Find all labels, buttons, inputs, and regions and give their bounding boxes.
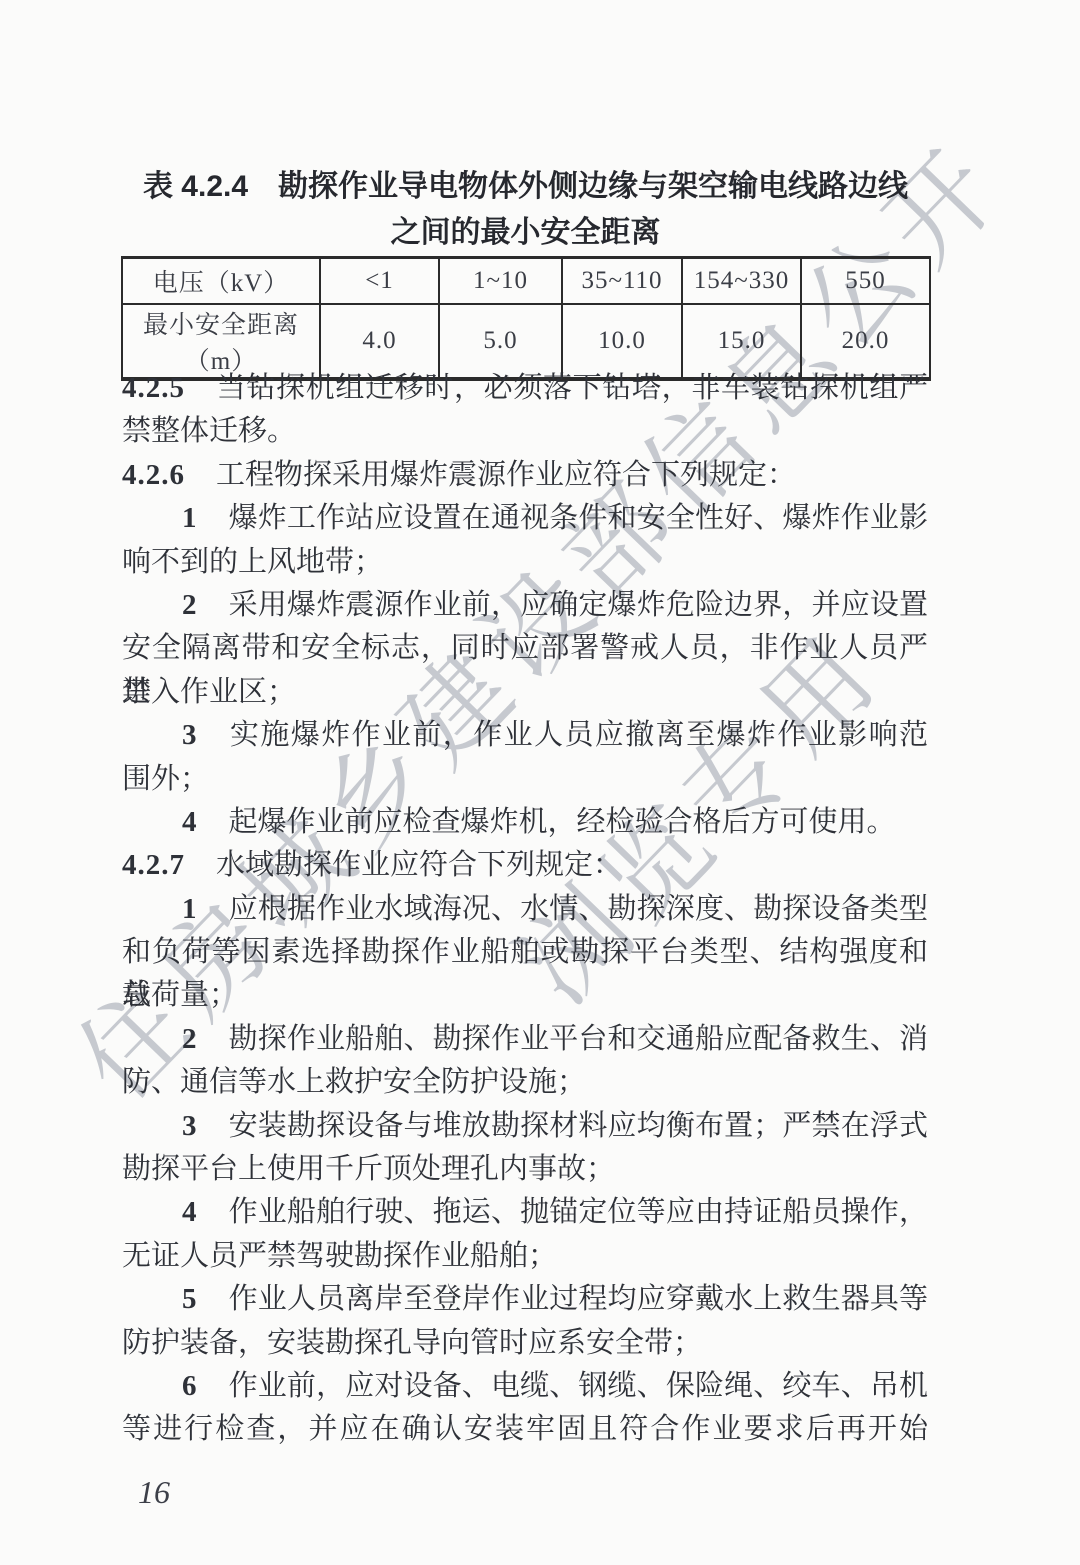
- table-caption-line1: 表 4.2.4 勘探作业导电物体外侧边缘与架空输电线路边线: [122, 164, 929, 210]
- clause-number: 3: [182, 719, 198, 751]
- line-text: 防、通信等水上救护安全防护设施；: [122, 1066, 586, 1098]
- clause-number: 4: [182, 806, 198, 838]
- body-text: 4.2.5当钻探机组迁移时，必须落下钻塔，非车装钻探机组严禁整体迁移。4.2.6…: [122, 367, 928, 1452]
- line-text: 进入作业区；: [122, 676, 296, 708]
- text-line: 防护装备，安装勘探孔导向管时应系安全带；: [122, 1322, 928, 1365]
- clause-number: 3: [182, 1110, 198, 1142]
- page-number: 16: [138, 1474, 170, 1511]
- text-line: 4起爆作业前应检查爆炸机，经检验合格后方可使用。: [122, 801, 928, 844]
- line-text: 响不到的上风地带；: [122, 546, 383, 578]
- line-text: 勘探平台上使用千斤顶处理孔内事故；: [122, 1153, 615, 1185]
- text-line: 响不到的上风地带；: [122, 541, 928, 584]
- line-text: 防护装备，安装勘探孔导向管时应系安全带；: [122, 1327, 702, 1359]
- line-text: 围外；: [122, 763, 209, 795]
- text-line: 安全隔离带和安全标志，同时应部署警戒人员，非作业人员严禁: [122, 627, 928, 670]
- line-text: 起爆作业前应检查爆炸机，经检验合格后方可使用。: [229, 806, 896, 838]
- line-text: 载荷量；: [122, 979, 238, 1011]
- line-text: 工程物探采用爆炸震源作业应符合下列规定：: [216, 459, 796, 491]
- line-text: 采用爆炸震源作业前，应确定爆炸危险边界，并应设置: [229, 589, 929, 621]
- clause-number: 2: [182, 589, 198, 621]
- clause-number: 2: [182, 1023, 198, 1055]
- text-line: 进入作业区；: [122, 671, 928, 714]
- text-line: 6作业前，应对设备、电缆、钢缆、保险绳、绞车、吊机: [122, 1365, 928, 1408]
- table-cell: 550: [801, 258, 930, 305]
- line-text: 等进行检查，并应在确认安装牢固且符合作业要求后再开始: [122, 1413, 928, 1445]
- table-row-label: 电压（kV）: [122, 258, 320, 305]
- text-line: 5作业人员离岸至登岸作业过程均应穿戴水上救生器具等: [122, 1278, 928, 1321]
- clause-number: 1: [182, 893, 198, 925]
- text-line: 等进行检查，并应在确认安装牢固且符合作业要求后再开始: [122, 1408, 928, 1451]
- line-text: 作业前，应对设备、电缆、钢缆、保险绳、绞车、吊机: [229, 1370, 929, 1402]
- table-header-row: 电压（kV）<11~1035~110154~330550: [122, 258, 930, 305]
- safety-distance-table: 电压（kV）<11~1035~110154~330550最小安全距离（m）4.0…: [121, 256, 931, 381]
- text-line: 无证人员严禁驾驶勘探作业船舶；: [122, 1235, 928, 1278]
- text-line: 禁整体迁移。: [122, 410, 928, 453]
- line-text: 勘探作业船舶、勘探作业平台和交通船应配备救生、消: [229, 1023, 929, 1055]
- clause-number: 4.2.7: [122, 849, 185, 881]
- text-line: 载荷量；: [122, 974, 928, 1017]
- document-page: 住房城乡建设部信息公开 浏览专用 表 4.2.4 勘探作业导电物体外侧边缘与架空…: [0, 0, 1080, 1565]
- line-text: 无证人员严禁驾驶勘探作业船舶；: [122, 1240, 557, 1272]
- text-line: 和负荷等因素选择勘探作业船舶或勘探平台类型、结构强度和总: [122, 931, 928, 974]
- table-cell: 154~330: [682, 258, 801, 305]
- clause-number: 6: [182, 1370, 198, 1402]
- clause-number: 4: [182, 1196, 198, 1228]
- line-text: 安装勘探设备与堆放勘探材料应均衡布置；严禁在浮式: [229, 1110, 929, 1142]
- clause-number: 4.2.5: [122, 372, 185, 404]
- line-text: 实施爆炸作业前，作业人员应撤离至爆炸作业影响范: [229, 719, 929, 751]
- text-line: 3安装勘探设备与堆放勘探材料应均衡布置；严禁在浮式: [122, 1105, 928, 1148]
- text-line: 围外；: [122, 758, 928, 801]
- table-cell: 1~10: [439, 258, 562, 305]
- text-line: 2采用爆炸震源作业前，应确定爆炸危险边界，并应设置: [122, 584, 928, 627]
- text-line: 防、通信等水上救护安全防护设施；: [122, 1061, 928, 1104]
- text-line: 1应根据作业水域海况、水情、勘探深度、勘探设备类型: [122, 888, 928, 931]
- line-text: 作业船舶行驶、拖运、抛锚定位等应由持证船员操作，: [229, 1196, 929, 1228]
- clause-number: 1: [182, 502, 198, 534]
- line-text: 水域勘探作业应符合下列规定：: [216, 849, 622, 881]
- clause-number: 4.2.6: [122, 459, 185, 491]
- line-text: 应根据作业水域海况、水情、勘探深度、勘探设备类型: [229, 893, 929, 925]
- text-line: 4.2.5当钻探机组迁移时，必须落下钻塔，非车装钻探机组严: [122, 367, 928, 410]
- line-text: 当钻探机组迁移时，必须落下钻塔，非车装钻探机组严: [216, 372, 928, 404]
- text-line: 勘探平台上使用千斤顶处理孔内事故；: [122, 1148, 928, 1191]
- text-line: 4.2.6工程物探采用爆炸震源作业应符合下列规定：: [122, 454, 928, 497]
- text-line: 3实施爆炸作业前，作业人员应撤离至爆炸作业影响范: [122, 714, 928, 757]
- table-cell: 35~110: [562, 258, 682, 305]
- table-caption: 表 4.2.4 勘探作业导电物体外侧边缘与架空输电线路边线 之间的最小安全距离: [122, 164, 929, 256]
- text-line: 4作业船舶行驶、拖运、抛锚定位等应由持证船员操作，: [122, 1191, 928, 1234]
- text-line: 4.2.7水域勘探作业应符合下列规定：: [122, 844, 928, 887]
- line-text: 爆炸工作站应设置在通视条件和安全性好、爆炸作业影: [229, 502, 929, 534]
- table-cell: <1: [320, 258, 439, 305]
- text-line: 2勘探作业船舶、勘探作业平台和交通船应配备救生、消: [122, 1018, 928, 1061]
- text-line: 1爆炸工作站应设置在通视条件和安全性好、爆炸作业影: [122, 497, 928, 540]
- table-caption-line2: 之间的最小安全距离: [122, 210, 929, 256]
- clause-number: 5: [182, 1283, 198, 1315]
- line-text: 禁整体迁移。: [122, 415, 296, 447]
- table-body: 电压（kV）<11~1035~110154~330550最小安全距离（m）4.0…: [122, 258, 930, 380]
- line-text: 作业人员离岸至登岸作业过程均应穿戴水上救生器具等: [229, 1283, 929, 1315]
